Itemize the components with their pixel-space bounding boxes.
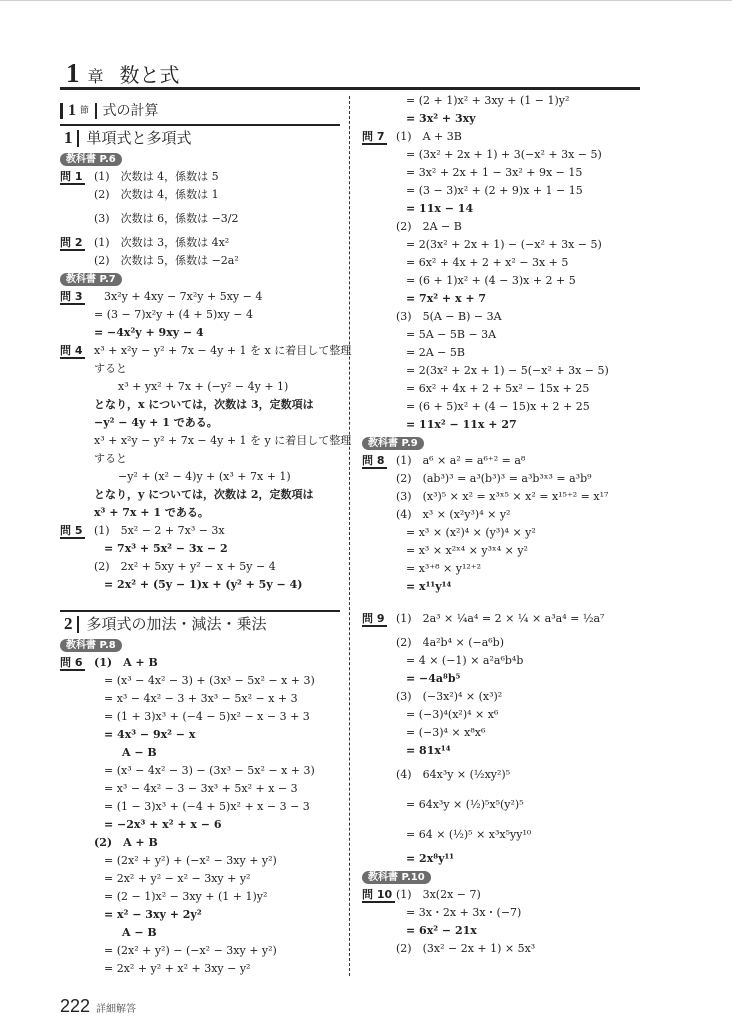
answer-line: = x³ − 4x² − 3 − 3x³ + 5x² + x − 3 [94, 780, 340, 798]
question-label: 問 7 [362, 128, 396, 434]
answer-line: = (−3)⁴(x²)⁴ × x⁶ [396, 706, 642, 724]
answer-line: = x³ − 4x² − 3 + 3x³ − 5x² − x + 3 [94, 690, 340, 708]
textbook-page-badge: 教科書 P.7 [60, 273, 122, 286]
answer-line: (3) (x³)⁵ × x² = x³ˣ⁵ × x² = x¹⁵⁺² = x¹⁷ [396, 488, 642, 506]
question-5: 問 5 (1) 5x² − 2 + 7x³ − 3x = 7x³ + 5x² −… [60, 522, 340, 594]
answer-line: = 4 × (−1) × a²a⁶b⁴b [396, 652, 642, 670]
answer-line: = 5A − 5B − 3A [396, 326, 642, 344]
answer-line: (2) (ab³)³ = a³(b³)³ = a³b³ˣ³ = a³b⁹ [396, 470, 642, 488]
answer-line: (1) 2a³ × ¼a⁴ = 2 × ¼ × a³a⁴ = ½a⁷ [396, 604, 642, 634]
answer-line: = x³ × (x²)⁴ × (y³)⁴ × y² [396, 524, 642, 542]
answer-line: (4) 64x³y × (½xy²)⁵ [396, 760, 642, 790]
answer-line: (1) a⁶ × a² = a⁶⁺² = a⁸ [396, 452, 642, 470]
question-2: 問 2 (1) 次数は 3，係数は 4x² (2) 次数は 5，係数は −2a² [60, 234, 340, 270]
answer-line: = (3 − 3)x² + (2 + 9)x + 1 − 15 [396, 182, 642, 200]
answer-line: x³ + 7x + 1 である。 [94, 504, 351, 522]
chapter-suffix: 章 [88, 64, 104, 87]
chapter-number: 1 [66, 58, 80, 89]
subsection-separator [77, 130, 79, 147]
chapter-title: 数と式 [120, 59, 180, 88]
answer-line: = (1 + 3)x³ + (−4 − 5)x² − x − 3 + 3 [94, 708, 340, 726]
answer-line: (3) 5(A − B) − 3A [396, 308, 642, 326]
section-separator [95, 103, 97, 119]
answer-line: (2) 次数は 5，係数は −2a² [94, 252, 340, 270]
answer-line: = −4x²y + 9xy − 4 [94, 324, 340, 342]
textbook-page-badge: 教科書 P.9 [362, 437, 424, 450]
answer-line: = 64x³y × (½)⁵x⁵(y²)⁵ [396, 790, 642, 820]
subsection-heading-2: 2 多項式の加法・減法・乗法 [60, 610, 340, 636]
column-divider [349, 96, 350, 976]
question-label: 問 10 [362, 886, 396, 958]
answer-line: (1) 次数は 3，係数は 4x² [94, 234, 340, 252]
question-label: 問 6 [60, 654, 94, 978]
answer-line: となり，x については，次数は 3，定数項は [94, 396, 351, 414]
subsection-heading-1: 1 単項式と多項式 [60, 124, 340, 150]
answer-line: = 64 × (½)⁵ × x³x⁵yy¹⁰ [396, 820, 642, 850]
answer-line: = (−3)⁴ × x⁸x⁶ [396, 724, 642, 742]
question-label: 問 3 [60, 288, 94, 342]
question-label: 問 2 [60, 234, 94, 270]
answer-line: = (3 − 7)x²y + (4 + 5)xy − 4 [94, 306, 340, 324]
answer-line: 3x²y + 4xy − 7x²y + 5xy − 4 [94, 288, 340, 306]
subsection-number: 2 [64, 615, 73, 633]
chapter-rule [60, 87, 640, 90]
question-label: 問 9 [362, 604, 396, 868]
section-number: 1 [68, 102, 76, 120]
question-3: 問 3 3x²y + 4xy − 7x²y + 5xy − 4 = (3 − 7… [60, 288, 340, 342]
answer-line: = (1 − 3)x³ + (−4 + 5)x² + x − 3 − 3 [94, 798, 340, 816]
answer-line: となり，y については，次数は 2，定数項は [94, 486, 351, 504]
answer-line: = (2 + 1)x² + 3xy + (1 − 1)y² [362, 92, 642, 110]
top-border [0, 0, 732, 1]
answer-line: A − B [94, 924, 340, 942]
answer-line: = (3x² + 2x + 1) + 3(−x² + 3x − 5) [396, 146, 642, 164]
answer-line: = 6x² + 4x + 2 + 5x² − 15x + 25 [396, 380, 642, 398]
subsection-title: 単項式と多項式 [87, 129, 192, 147]
answer-line: (2) 2x² + 5xy + y² − x + 5y − 4 [94, 558, 340, 576]
question-label: 問 5 [60, 522, 94, 594]
question-10: 問 10 (1) 3x(2x − 7) = 3x・2x + 3x・(−7) = … [362, 886, 642, 958]
answer-line: = (6 + 5)x² + (4 − 15)x + 2 + 25 [396, 398, 642, 416]
answer-line: すると [94, 360, 351, 378]
page-footer: 222 詳細解答 [60, 996, 136, 1017]
answer-line: (2) 4a²b⁴ × (−a⁶b) [396, 634, 642, 652]
subsection-title: 多項式の加法・減法・乗法 [87, 615, 267, 633]
footer-label: 詳細解答 [96, 1000, 136, 1015]
answer-line: (2) (3x² − 2x + 1) × 5x³ [396, 940, 642, 958]
page-number: 222 [60, 996, 90, 1017]
answer-line: (2) 次数は 4，係数は 1 [94, 186, 340, 204]
answer-line: = 81x¹⁴ [396, 742, 642, 760]
answer-line: = (2x² + y²) − (−x² − 3xy + y²) [94, 942, 340, 960]
answer-line: = 2(3x² + 2x + 1) − (−x² + 3x − 5) [396, 236, 642, 254]
answer-line: = 7x³ + 5x² − 3x − 2 [94, 540, 340, 558]
section-bar [60, 103, 63, 119]
answer-line: = 2A − 5B [396, 344, 642, 362]
question-8: 問 8 (1) a⁶ × a² = a⁶⁺² = a⁸ (2) (ab³)³ =… [362, 452, 642, 596]
answer-line: = 2x⁸y¹¹ [396, 850, 642, 868]
answer-line: = 2x² + y² + x² + 3xy − y² [94, 960, 340, 978]
chapter-heading: 1 章 数と式 [66, 58, 180, 88]
answer-line: (4) x³ × (x²y³)⁴ × y² [396, 506, 642, 524]
answer-line: = −4a⁸b⁵ [396, 670, 642, 688]
answer-line: = 11x² − 11x + 27 [396, 416, 642, 434]
textbook-page-badge: 教科書 P.8 [60, 639, 122, 652]
answer-line: x³ + x²y − y² + 7x − 4y + 1 を y に着目して整理 [94, 432, 351, 450]
answer-line: = (6 + 1)x² + (4 − 3)x + 2 + 5 [396, 272, 642, 290]
answer-line: (1) 次数は 4，係数は 5 [94, 168, 340, 186]
subsection-separator [77, 616, 79, 633]
answer-line: = 7x² + x + 7 [396, 290, 642, 308]
answer-line: = (2 − 1)x² − 3xy + (1 + 1)y² [94, 888, 340, 906]
right-column: = (2 + 1)x² + 3xy + (1 − 1)y² = 3x² + 3x… [362, 92, 642, 958]
answer-line: = (2x² + y²) + (−x² − 3xy + y²) [94, 852, 340, 870]
answer-line: = 4x³ − 9x² − x [94, 726, 340, 744]
answer-line: = (x³ − 4x² − 3) + (3x³ − 5x² − x + 3) [94, 672, 340, 690]
answer-line: (1) A + B [94, 654, 340, 672]
answer-line: すると [94, 450, 351, 468]
left-column: 1 節 式の計算 1 単項式と多項式 教科書 P.6 問 1 (1) 次数は 4… [60, 100, 340, 978]
answer-line: (1) 3x(2x − 7) [396, 886, 642, 904]
question-9: 問 9 (1) 2a³ × ¼a⁴ = 2 × ¼ × a³a⁴ = ½a⁷ (… [362, 604, 642, 868]
answer-line: = 2x² + y² − x² − 3xy + y² [94, 870, 340, 888]
question-4: 問 4 x³ + x²y − y² + 7x − 4y + 1 を x に着目し… [60, 342, 340, 522]
answer-line: = 2x² + (5y − 1)x + (y² + 5y − 4) [94, 576, 340, 594]
section-suffix: 節 [80, 102, 89, 120]
section-heading: 1 節 式の計算 [60, 100, 340, 122]
answer-line: = 6x² + 4x + 2 + x² − 3x + 5 [396, 254, 642, 272]
answer-line: = 2(3x² + 2x + 1) − 5(−x² + 3x − 5) [396, 362, 642, 380]
answer-line: A − B [94, 744, 340, 762]
answer-line: = 11x − 14 [396, 200, 642, 218]
answer-line: = x³⁺⁸ × y¹²⁺² [396, 560, 642, 578]
answer-line: (3) 次数は 6，係数は −3/2 [94, 204, 340, 234]
answer-line: x³ + yx² + 7x + (−y² − 4y + 1) [94, 378, 351, 396]
question-6: 問 6 (1) A + B = (x³ − 4x² − 3) + (3x³ − … [60, 654, 340, 978]
answer-line: x³ + x²y − y² + 7x − 4y + 1 を x に着目して整理 [94, 342, 351, 360]
answer-line: = 3x² + 2x + 1 − 3x² + 9x − 15 [396, 164, 642, 182]
answer-line: = x³ × x²ˣ⁴ × y³ˣ⁴ × y² [396, 542, 642, 560]
answer-line: (1) 5x² − 2 + 7x³ − 3x [94, 522, 340, 540]
answer-line: (1) A + 3B [396, 128, 642, 146]
question-label: 問 1 [60, 168, 94, 234]
question-label: 問 4 [60, 342, 94, 522]
question-label: 問 8 [362, 452, 396, 596]
answer-line: = x² − 3xy + 2y² [94, 906, 340, 924]
answer-line: = 3x² + 3xy [362, 110, 642, 128]
answer-line: = 6x² − 21x [396, 922, 642, 940]
answer-line: = −2x³ + x² + x − 6 [94, 816, 340, 834]
subsection-number: 1 [64, 129, 73, 147]
textbook-page-badge: 教科書 P.6 [60, 153, 122, 166]
answer-line: (2) 2A − B [396, 218, 642, 236]
answer-line: (3) (−3x²)⁴ × (x³)² [396, 688, 642, 706]
answer-line: = (x³ − 4x² − 3) − (3x³ − 5x² − x + 3) [94, 762, 340, 780]
answer-line: −y² + (x² − 4)y + (x³ + 7x + 1) [94, 468, 351, 486]
textbook-page-badge: 教科書 P.10 [362, 871, 431, 884]
answer-line: = 3x・2x + 3x・(−7) [396, 904, 642, 922]
question-1: 問 1 (1) 次数は 4，係数は 5 (2) 次数は 4，係数は 1 (3) … [60, 168, 340, 234]
section-title: 式の計算 [103, 102, 159, 120]
question-7: 問 7 (1) A + 3B = (3x² + 2x + 1) + 3(−x² … [362, 128, 642, 434]
answer-line: (2) A + B [94, 834, 340, 852]
answer-line: −y² − 4y + 1 である。 [94, 414, 351, 432]
answer-line: = x¹¹y¹⁴ [396, 578, 642, 596]
